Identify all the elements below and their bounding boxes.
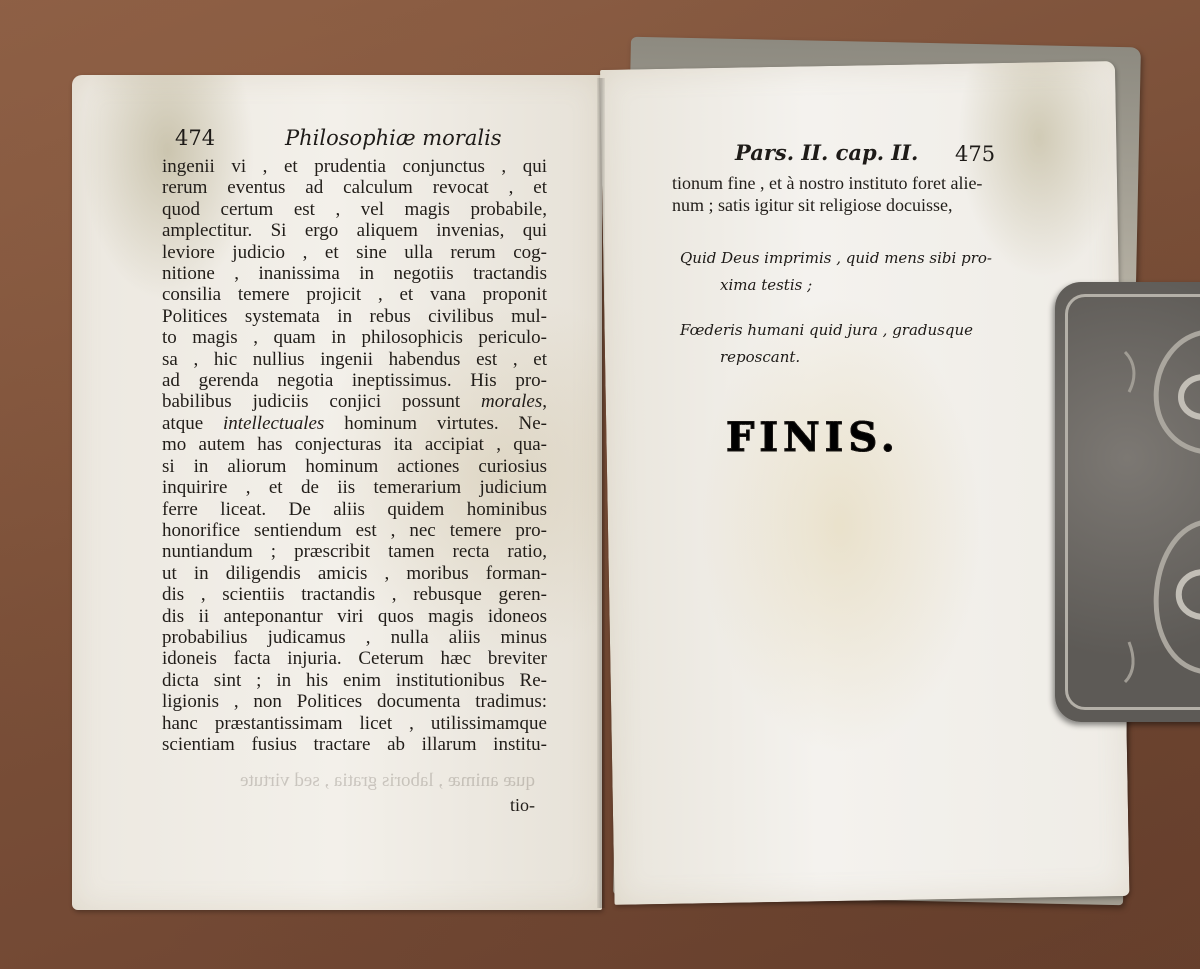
text-line: idoneis facta injuria. Ceterum hæc brevi… (162, 648, 547, 669)
text-line: amplectitur. Si ergo aliquem invenias, q… (162, 220, 547, 241)
left-running-title: Philosophiæ moralis (285, 126, 502, 150)
book-gutter (597, 78, 605, 908)
text-line: hanc præstantissimam licet , utilissimam… (162, 713, 547, 734)
finis-end-mark: FINIS. (726, 414, 900, 461)
text-line: honorifice sentiendum est , nec temere p… (162, 520, 547, 541)
text-line: inquirire , et de iis temerarium judiciu… (162, 477, 547, 498)
verse-line: xima testis ; (680, 272, 1020, 299)
text-line: ingenii vi , et prudentia conjunctus , q… (162, 156, 547, 177)
text-line: babilibus judiciis conjici possunt moral… (162, 391, 547, 412)
right-page-number: 475 (955, 142, 995, 166)
text-line: Politices systemata in rebus civilibus m… (162, 306, 547, 327)
text-line: quod certum est , vel magis probabile, (162, 199, 547, 220)
text-line: to magis , quam in philosophicis pericul… (162, 327, 547, 348)
text-line: ut in diligendis amicis , moribus forman… (162, 563, 547, 584)
left-page-body: ingenii vi , et prudentia conjunctus , q… (162, 156, 547, 755)
text-line: leviore judicio , et sine ulla rerum cog… (162, 242, 547, 263)
verse-line: Fœderis humani quid jura , gradusque (680, 317, 1020, 344)
text-line: tionum fine , et à nostro instituto fore… (672, 172, 1017, 194)
metal-clasp (1055, 282, 1200, 722)
text-line: nitione , inanissima in negotiis tractan… (162, 263, 547, 284)
text-line: probabilius judicamus , nulla aliis minu… (162, 627, 547, 648)
text-line: ligionis , non Politices documenta tradi… (162, 691, 547, 712)
text-line: dicta sint ; in his enim institutionibus… (162, 670, 547, 691)
text-line: scientiam fusius tractare ab illarum ins… (162, 734, 547, 755)
text-line: ferre liceat. De aliis quidem hominibus (162, 499, 547, 520)
verse-quote-2: Fœderis humani quid jura , gradusque rep… (680, 317, 1020, 371)
text-line: atque intellectuales hominum virtutes. N… (162, 413, 547, 434)
text-line: dis ii anteponantur viri quos magis idon… (162, 606, 547, 627)
show-through-text: quæ animæ , laboris gratia , sed virtute (175, 770, 535, 792)
text-line: sa , hic nullius ingenii habendus est , … (162, 349, 547, 370)
text-line: dis , scientiis tractandis , rebusque ge… (162, 584, 547, 605)
catchword: tio- (510, 795, 535, 816)
verse-quote-1: Quid Deus imprimis , quid mens sibi pro-… (680, 245, 1020, 299)
right-running-title: Pars. II. cap. II. (735, 140, 918, 165)
text-line: consilia temere projicit , et vana propo… (162, 284, 547, 305)
verse-line: reposcant. (680, 344, 1020, 371)
text-line: nuntiandum ; præscribit tamen recta rati… (162, 541, 547, 562)
text-line: si in aliorum hominum actiones curiosius (162, 456, 547, 477)
left-page-number: 474 (175, 126, 215, 150)
scroll-ornament-icon (1055, 282, 1200, 722)
text-line: mo autem has conjecturas ita accipiat , … (162, 434, 547, 455)
text-line: num ; satis igitur sit religiose docuiss… (672, 194, 1017, 216)
text-line: rerum eventus ad calculum revocat , et (162, 177, 547, 198)
verse-line: Quid Deus imprimis , quid mens sibi pro- (680, 245, 1020, 272)
text-line: ad gerenda negotia ineptissimus. His pro… (162, 370, 547, 391)
right-page-body: tionum fine , et à nostro instituto fore… (672, 172, 1017, 216)
